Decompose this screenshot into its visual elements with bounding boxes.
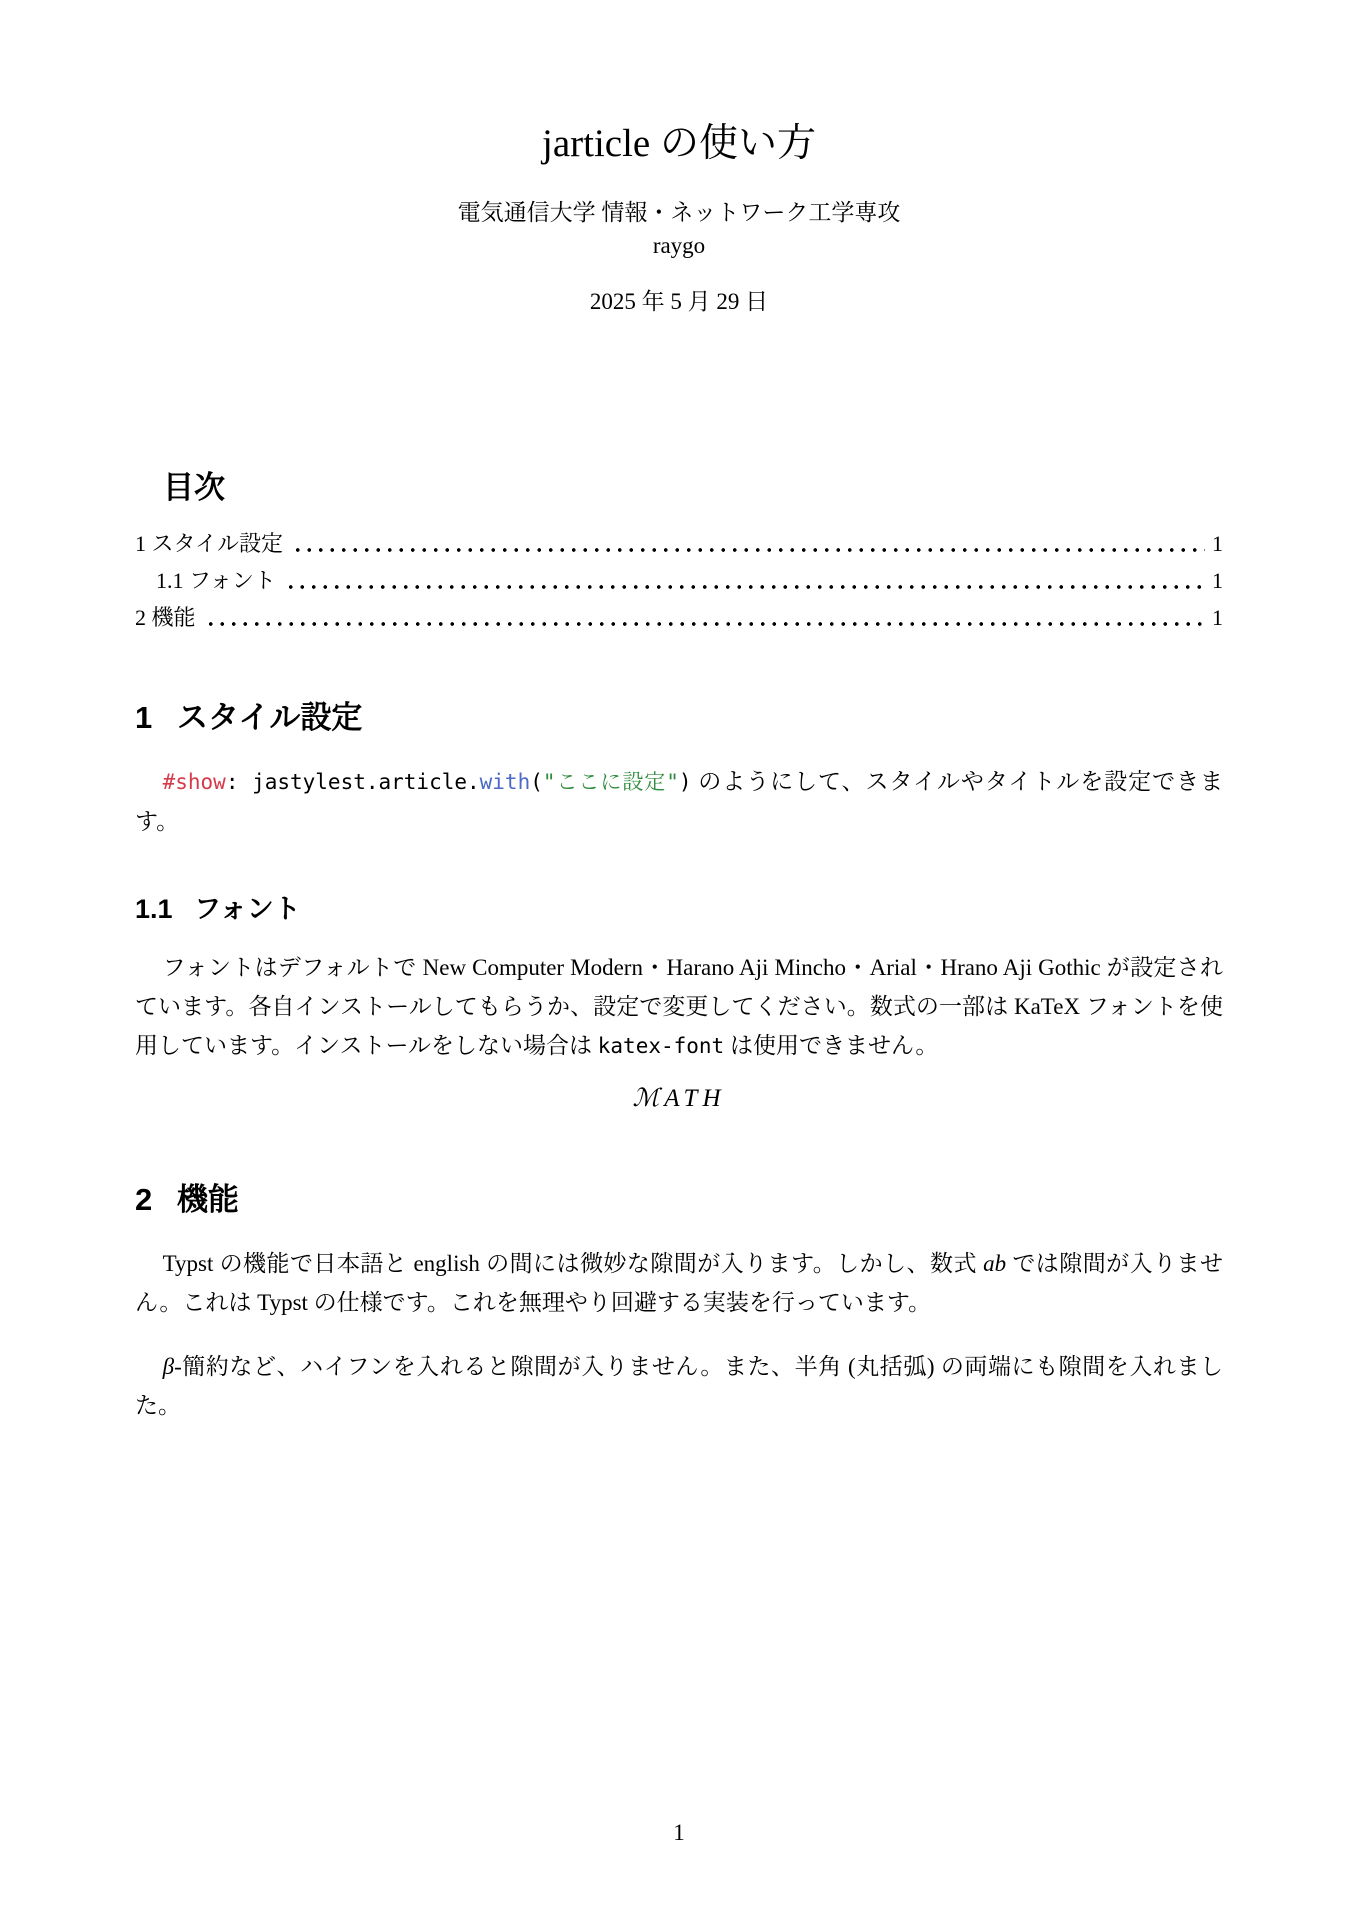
section-title: 機能	[177, 1182, 239, 1217]
section-number: 1	[135, 700, 152, 735]
display-math: ℳATH	[135, 1079, 1223, 1118]
inline-code: with	[480, 770, 531, 794]
section-heading: 1.1フォント	[135, 887, 1223, 926]
toc-entry-page: 1	[1212, 525, 1223, 562]
doc-author: raygo	[135, 229, 1223, 262]
inline-math: ℳATH	[632, 1085, 725, 1112]
toc-entry[interactable]: 2 機能1	[135, 599, 1223, 636]
section-number: 2	[135, 1182, 152, 1217]
doc-title: jarticle の使い方	[135, 118, 1223, 170]
paragraph: β-簡約など、ハイフンを入れると隙間が入りません。また、半角 (丸括弧) の両端…	[135, 1347, 1223, 1425]
toc-leader-dots	[285, 562, 1205, 599]
toc-heading: 目次	[163, 462, 1223, 507]
section-2: 2機能Typst の機能で日本語と english の間には微妙な隙間が入ります…	[135, 1174, 1223, 1425]
inline-code: :	[226, 770, 252, 794]
toc-entry[interactable]: 1 スタイル設定1	[135, 525, 1223, 562]
toc-leader-dots	[292, 525, 1205, 562]
toc-entry[interactable]: 1.1 フォント1	[135, 562, 1223, 599]
inline-code: jastylest.article.	[252, 770, 480, 794]
inline-code: #show	[163, 770, 226, 794]
page-number: 1	[0, 1820, 1358, 1846]
paragraph: Typst の機能で日本語と english の間には微妙な隙間が入ります。しか…	[135, 1244, 1223, 1322]
document-page: jarticle の使い方 電気通信大学 情報・ネットワーク工学専攻 raygo…	[0, 0, 1358, 1920]
toc-leader-dots	[205, 599, 1205, 636]
inline-math: β	[163, 1354, 174, 1379]
section-title: スタイル設定	[177, 700, 362, 735]
doc-date: 2025 年 5 月 29 日	[135, 283, 1223, 316]
toc-entry-label: 2 機能	[135, 599, 196, 636]
section-heading: 2機能	[135, 1174, 1223, 1219]
table-of-contents: 目次 1 スタイル設定11.1 フォント12 機能1	[135, 462, 1223, 636]
paragraph: フォントはデフォルトで New Computer Modern・Harano A…	[135, 948, 1223, 1066]
section-title: フォント	[194, 894, 301, 924]
inline-code: katex-font	[598, 1034, 724, 1058]
doc-affiliation: 電気通信大学 情報・ネットワーク工学専攻	[135, 196, 1223, 229]
text-run: Typst の機能で日本語と english の間には微妙な隙間が入ります。しか…	[163, 1251, 984, 1276]
text-run: は使用できません。	[724, 1033, 938, 1058]
text-run: -簡約など、ハイフンを入れると隙間が入りません。また、半角 (丸括弧) の両端に…	[135, 1354, 1223, 1418]
doc-body: 1スタイル設定#show: jastylest.article.with("ここ…	[135, 692, 1223, 1425]
toc-entry-page: 1	[1212, 562, 1223, 599]
inline-code: "ここに設定"	[543, 770, 679, 794]
inline-code: )	[679, 770, 692, 794]
paragraph: #show: jastylest.article.with("ここに設定") の…	[135, 762, 1223, 841]
toc-entry-page: 1	[1212, 599, 1223, 636]
section-heading: 1スタイル設定	[135, 692, 1223, 737]
toc-entries: 1 スタイル設定11.1 フォント12 機能1	[135, 525, 1223, 636]
inline-code: (	[530, 770, 543, 794]
toc-entry-label: 1.1 フォント	[156, 562, 276, 599]
section-number: 1.1	[135, 894, 173, 924]
toc-entry-label: 1 スタイル設定	[135, 525, 283, 562]
doc-header: jarticle の使い方 電気通信大学 情報・ネットワーク工学専攻 raygo…	[135, 118, 1223, 316]
section-1.1: 1.1フォントフォントはデフォルトで New Computer Modern・H…	[135, 887, 1223, 1118]
inline-math: ab	[983, 1251, 1006, 1276]
section-1: 1スタイル設定#show: jastylest.article.with("ここ…	[135, 692, 1223, 841]
